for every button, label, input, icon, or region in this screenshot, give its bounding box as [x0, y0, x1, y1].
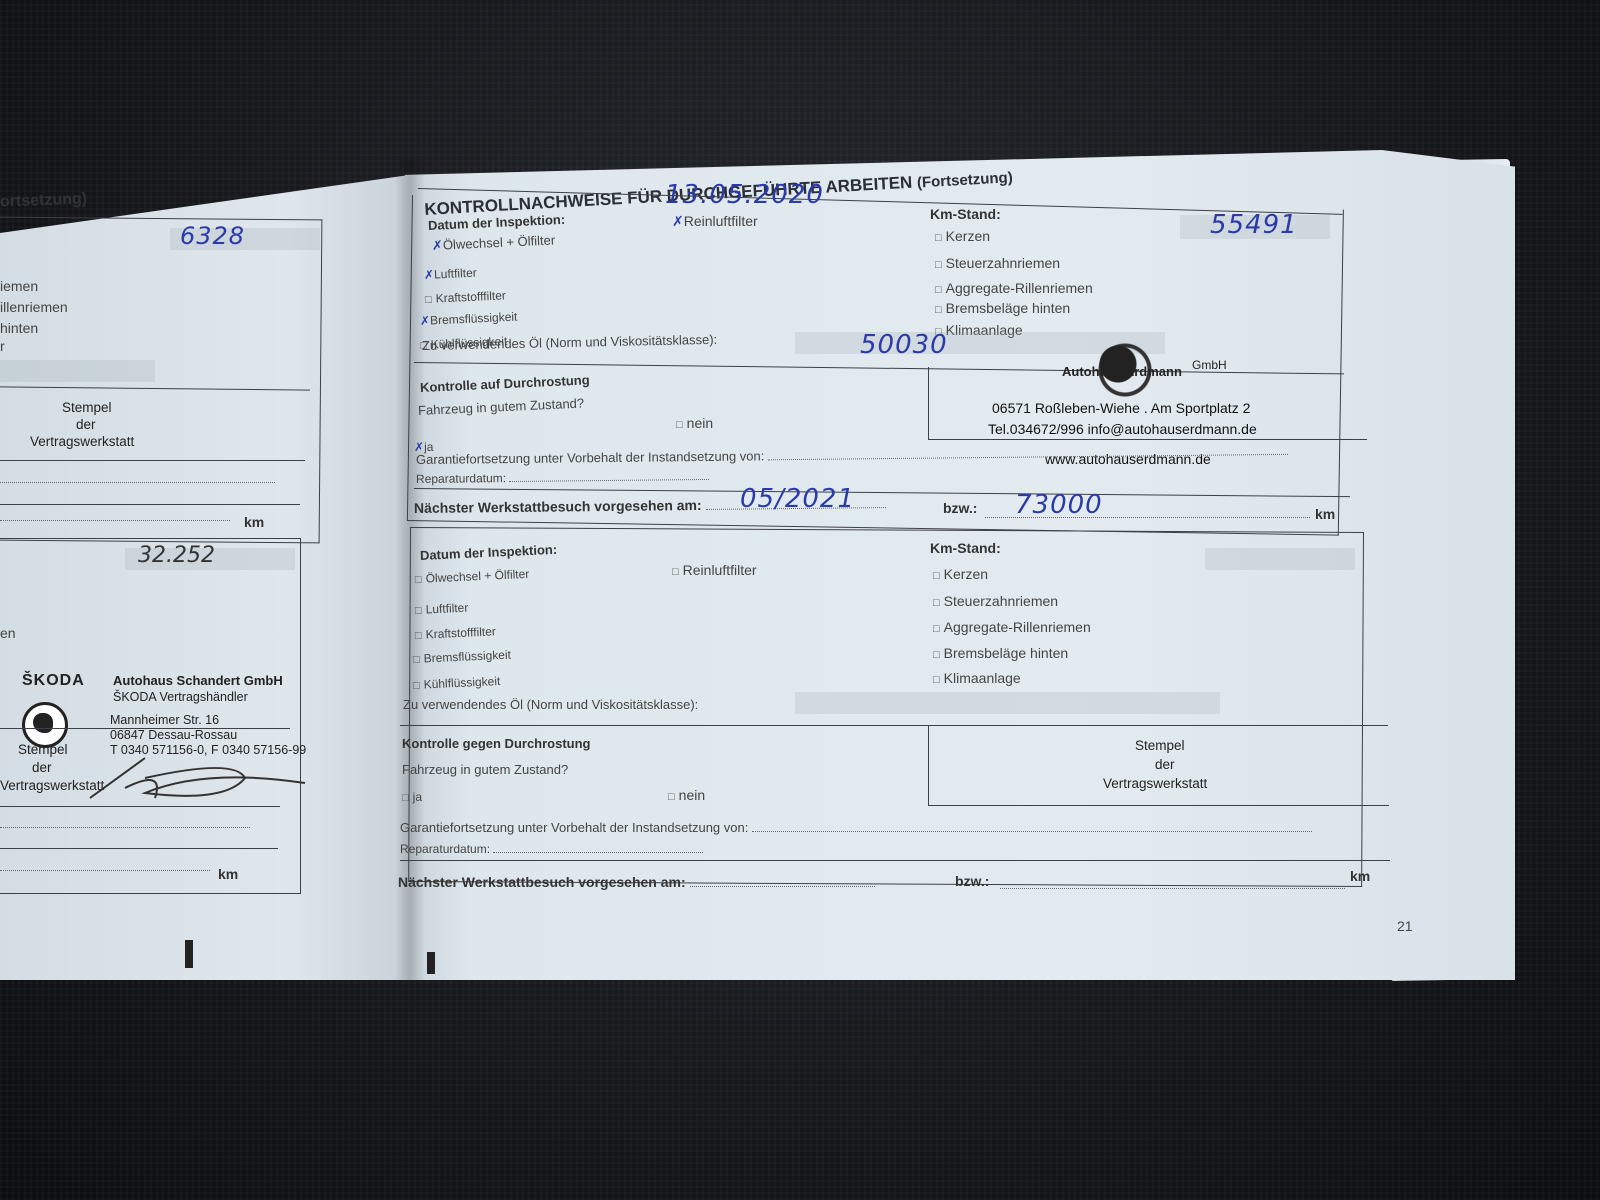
km-unit: km: [1315, 506, 1335, 522]
left-stamp-label: der: [32, 760, 52, 775]
dealer-city: 06847 Dessau-Rossau: [110, 728, 237, 742]
bzw-label: bzw.:: [943, 500, 977, 516]
left-km-unit: km: [218, 866, 238, 882]
rust-title: Kontrolle gegen Durchrostung: [402, 736, 591, 751]
stamp-label: Stempel: [1135, 738, 1185, 753]
left-stamp-label: Stempel: [62, 400, 112, 415]
bzw-handwritten: 73000: [1015, 490, 1103, 520]
page-number: 21: [1397, 918, 1413, 934]
stamp-address: 06571 Roßleben-Wiehe . Am Sportplatz 2: [992, 400, 1250, 416]
datum-handwritten: 13.05.2020: [665, 180, 824, 210]
warranty-label: Garantiefortsetzung unter Vorbehalt der …: [400, 820, 1312, 835]
left-item-fragment: illenriemen: [0, 299, 68, 315]
next-visit-label: Nächster Werkstattbesuch vorgesehen am:: [398, 874, 875, 890]
left-km-handwritten-2: 32.252: [138, 543, 215, 568]
check-item[interactable]: Kerzen: [935, 228, 990, 244]
left-stamp-label: Stempel: [18, 742, 68, 757]
left-stamp-label: Vertragswerkstatt: [30, 434, 134, 449]
left-dotted-line: [0, 470, 275, 488]
repair-date-label: Reparaturdatum:: [400, 842, 703, 856]
left-item-fragment: r: [0, 338, 5, 354]
signature: [85, 748, 315, 808]
page-tab-mark: [185, 940, 193, 968]
dealer-company: Autohaus Schandert GmbH: [113, 673, 283, 688]
check-item[interactable]: Aggregate-Rillenriemen: [935, 280, 1093, 296]
rust-yes-checkbox[interactable]: ja: [402, 790, 422, 804]
stamp-contact: Tel.034672/996 info@autohauserdmann.de: [988, 421, 1257, 437]
km-stand-handwritten: 55491: [1210, 210, 1298, 240]
rust-no-checkbox[interactable]: nein: [676, 415, 713, 431]
stamp-company: Autohaus Erdmann: [1062, 364, 1182, 379]
check-item[interactable]: Kerzen: [933, 566, 988, 582]
km-unit: km: [1350, 868, 1370, 884]
oil-handwritten: 50030: [860, 330, 948, 360]
left-page-title: ortsetzung): [0, 190, 87, 211]
km-stand-label: Km-Stand:: [930, 206, 1001, 222]
left-stamp-label: der: [76, 417, 96, 432]
next-visit-handwritten: 05/2021: [740, 484, 855, 514]
skoda-brand: ŠKODA: [22, 672, 85, 690]
dealer-street: Mannheimer Str. 16: [110, 713, 219, 727]
left-item-fragment: hinten: [0, 320, 38, 336]
check-item[interactable]: Klimaanlage: [933, 670, 1021, 686]
check-item[interactable]: Steuerzahnriemen: [935, 255, 1060, 271]
left-item-fragment: iemen: [0, 278, 38, 294]
check-item[interactable]: ✗Reinluftfilter: [672, 213, 758, 230]
rust-question: Fahrzeug in gutem Zustand?: [402, 762, 568, 777]
stamp-label: der: [1155, 757, 1175, 772]
bzw-label: bzw.:: [955, 873, 989, 889]
check-item[interactable]: Bremsbeläge hinten: [933, 645, 1068, 661]
page-tab-mark: [427, 952, 435, 974]
rust-no-checkbox[interactable]: nein: [668, 787, 705, 803]
stamp-label: Vertragswerkstatt: [1103, 776, 1207, 791]
left-km-unit: km: [244, 514, 264, 530]
check-item[interactable]: Steuerzahnriemen: [933, 593, 1058, 609]
km-stand-label: Km-Stand:: [930, 540, 1001, 556]
oil-label: Zu verwendendes Öl (Norm und Viskositäts…: [403, 697, 698, 712]
check-item[interactable]: Luftfilter: [415, 601, 469, 617]
check-item[interactable]: Aggregate-Rillenriemen: [933, 619, 1091, 635]
check-item[interactable]: ✗Luftfilter: [424, 266, 477, 282]
stamp-suffix: GmbH: [1192, 358, 1227, 372]
dealer-subtitle: ŠKODA Vertragshändler: [113, 690, 248, 704]
left-km-handwritten-1: 6328: [180, 222, 245, 250]
left-item-fragment: en: [0, 625, 16, 641]
check-item[interactable]: Bremsbeläge hinten: [935, 300, 1070, 316]
check-item[interactable]: Reinluftfilter: [672, 562, 757, 578]
